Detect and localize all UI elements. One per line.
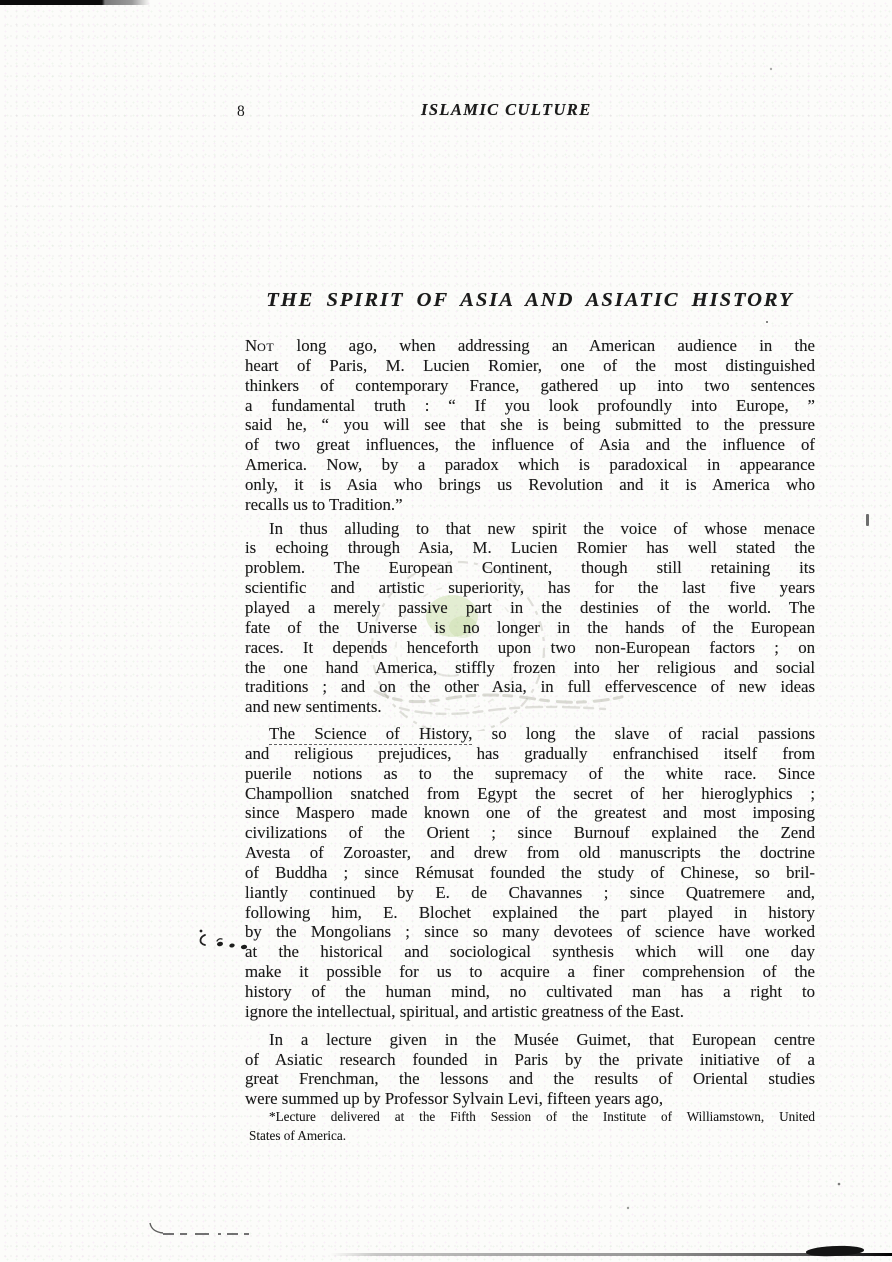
text-line: played a merely passive part in the dest… <box>245 598 815 618</box>
text-line: In thus alluding to that new spirit the … <box>245 519 815 539</box>
text-segment: and new sentiments. <box>245 697 382 716</box>
underlined-phrase: The Science of History, <box>269 724 472 745</box>
text-segment: by the Mongolians ; since so many devote… <box>245 922 815 941</box>
text-line: make it possible for us to acquire a fin… <box>245 962 815 982</box>
text-segment: civilizations of the Orient ; since Burn… <box>245 823 815 842</box>
text-line: since Maspero made known one of the grea… <box>245 803 815 823</box>
text-segment: of Asiatic research founded in Paris by … <box>245 1050 815 1069</box>
text-line: history of the human mind, no cultivated… <box>245 982 815 1002</box>
text-line: Champollion snatched from Egypt the secr… <box>245 784 815 804</box>
text-line: following him, E. Blochet explained the … <box>245 903 815 923</box>
page-number: 8 <box>237 103 245 121</box>
text-line: In a lecture given in the Musée Guimet, … <box>245 1030 815 1050</box>
text-line: heart of Paris, M. Lucien Romier, one of… <box>245 356 815 376</box>
text-line: only, it is Asia who brings us Revolutio… <box>245 475 815 495</box>
text-line: were summed up by Professor Sylvain Levi… <box>245 1089 815 1109</box>
text-segment: following him, E. Blochet explained the … <box>245 903 815 922</box>
text-line: at the historical and sociological synth… <box>245 942 815 962</box>
text-line: and new sentiments. <box>245 697 815 717</box>
text-line: Not long ago, when addressing an America… <box>245 336 815 356</box>
body-paragraph: Not long ago, when addressing an America… <box>245 336 815 515</box>
text-segment: liantly continued by E. de Chavannes ; s… <box>245 883 815 902</box>
article-title: THE SPIRIT OF ASIA AND ASIATIC HISTORY <box>245 289 815 312</box>
body-paragraph: The Science of History, so long the slav… <box>245 724 815 1022</box>
body-paragraph: In a lecture given in the Musée Guimet, … <box>245 1030 815 1109</box>
text-segment: of two great influences, the influence o… <box>245 435 815 454</box>
stray-ink-tick <box>866 514 869 526</box>
text-segment: traditions ; and on the other Asia, in f… <box>245 677 815 696</box>
pencil-corner-mark <box>145 1221 255 1243</box>
text-segment: races. It depends henceforth upon two no… <box>245 638 815 657</box>
scan-specks <box>766 321 768 323</box>
text-segment: were summed up by Professor Sylvain Levi… <box>245 1089 663 1108</box>
text-segment: long ago, when addressing an American au… <box>274 336 815 355</box>
text-line: of Buddha ; since Rémusat founded the st… <box>245 863 815 883</box>
text-line: of two great influences, the influence o… <box>245 435 815 455</box>
text-line: scientific and artistic superiority, has… <box>245 578 815 598</box>
text-segment: only, it is Asia who brings us Revolutio… <box>245 475 815 494</box>
text-segment: is echoing through Asia, M. Lucien Romie… <box>245 538 815 557</box>
text-segment: since Maspero made known one of the grea… <box>245 803 815 822</box>
text-line: of Asiatic research founded in Paris by … <box>245 1050 815 1070</box>
text-line: traditions ; and on the other Asia, in f… <box>245 677 815 697</box>
text-segment: thinkers of contemporary France, gathere… <box>245 376 815 395</box>
text-line: The Science of History, so long the slav… <box>245 724 815 744</box>
text-line: fate of the Universe is no longer in the… <box>245 618 815 638</box>
text-segment: a fundamental truth : “ If you look prof… <box>245 396 815 415</box>
text-segment: scientific and artistic superiority, has… <box>245 578 815 597</box>
text-line: the one hand America, stiffly frozen int… <box>245 658 815 678</box>
text-segment: great Frenchman, the lessons and the res… <box>245 1069 815 1088</box>
text-line: America. Now, by a paradox which is para… <box>245 455 815 475</box>
text-line: civilizations of the Orient ; since Burn… <box>245 823 815 843</box>
text-segment: *Lecture delivered at the Fifth Session … <box>269 1109 815 1124</box>
text-segment: of Buddha ; since Rémusat founded the st… <box>245 863 815 882</box>
article-body: Not long ago, when addressing an America… <box>245 336 815 1109</box>
text-line: by the Mongolians ; since so many devote… <box>245 922 815 942</box>
scan-edge-artifact-top <box>0 0 150 5</box>
text-segment: the one hand America, stiffly frozen int… <box>245 658 815 677</box>
text-line: problem. The European Continent, though … <box>245 558 815 578</box>
text-line: said he, “ you will see that she is bein… <box>245 415 815 435</box>
text-line: races. It depends henceforth upon two no… <box>245 638 815 658</box>
text-line: ignore the intellectual, spiritual, and … <box>245 1002 815 1022</box>
text-segment: In a lecture given in the Musée Guimet, … <box>269 1030 815 1049</box>
text-segment: fate of the Universe is no longer in the… <box>245 618 815 637</box>
text-segment: history of the human mind, no cultivated… <box>245 982 815 1001</box>
text-segment: ignore the intellectual, spiritual, and … <box>245 1002 684 1021</box>
scanned-book-page: 8 ISLAMIC CULTURE THE SPIRIT OF ASIA AND… <box>0 0 892 1262</box>
text-segment: recalls us to Tradition.” <box>245 495 403 514</box>
text-segment: puerile notions as to the supremacy of t… <box>245 764 815 783</box>
text-segment: make it possible for us to acquire a fin… <box>245 962 815 981</box>
text-segment: played a merely passive part in the dest… <box>245 598 815 617</box>
text-segment: said he, “ you will see that she is bein… <box>245 415 815 434</box>
text-segment: heart of Paris, M. Lucien Romier, one of… <box>245 356 815 375</box>
text-segment: States of America. <box>249 1128 346 1143</box>
text-line: is echoing through Asia, M. Lucien Romie… <box>245 538 815 558</box>
text-line: liantly continued by E. de Chavannes ; s… <box>245 883 815 903</box>
text-line: recalls us to Tradition.” <box>245 495 815 515</box>
text-segment: N <box>245 336 257 355</box>
text-segment: problem. The European Continent, though … <box>245 558 815 577</box>
text-line: puerile notions as to the supremacy of t… <box>245 764 815 784</box>
body-paragraph: In thus alluding to that new spirit the … <box>245 519 815 717</box>
text-line: great Frenchman, the lessons and the res… <box>245 1069 815 1089</box>
text-line: a fundamental truth : “ If you look prof… <box>245 396 815 416</box>
text-segment: Champollion snatched from Egypt the secr… <box>245 784 815 803</box>
text-line: *Lecture delivered at the Fifth Session … <box>249 1108 815 1127</box>
text-line: and religious prejudices, has gradually … <box>245 744 815 764</box>
running-head: ISLAMIC CULTURE <box>421 100 592 120</box>
text-segment: at the historical and sociological synth… <box>245 942 815 961</box>
text-segment: and religious prejudices, has gradually … <box>245 744 815 763</box>
text-segment: In thus alluding to that new spirit the … <box>269 519 815 538</box>
text-line: Avesta of Zoroaster, and drew from old m… <box>245 843 815 863</box>
text-segment: America. Now, by a paradox which is para… <box>245 455 815 474</box>
text-segment: ot <box>257 336 274 355</box>
footnote: *Lecture delivered at the Fifth Session … <box>249 1108 815 1145</box>
text-segment: Avesta of Zoroaster, and drew from old m… <box>245 843 815 862</box>
text-line: thinkers of contemporary France, gathere… <box>245 376 815 396</box>
text-line: States of America. <box>249 1127 815 1146</box>
text-segment: so long the slave of racial passions <box>472 724 815 743</box>
handwritten-margin-mark <box>193 927 257 955</box>
